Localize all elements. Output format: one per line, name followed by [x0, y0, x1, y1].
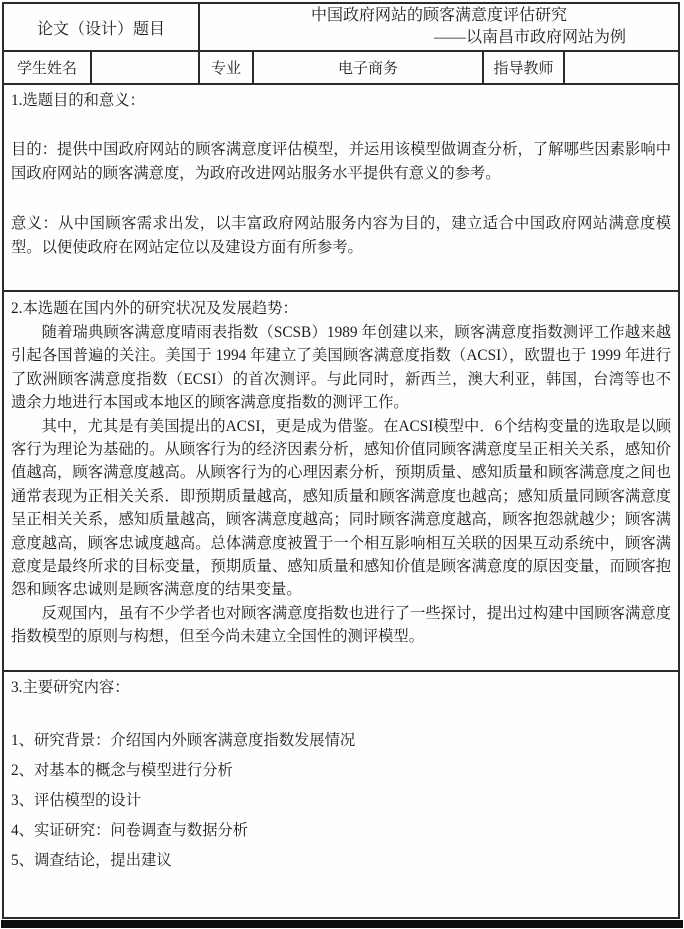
- section-research-content: 3.主要研究内容： 1、研究背景：介绍国内外顾客满意度指数发展情况 2、对基本的…: [4, 672, 678, 917]
- thesis-proposal-form: 论文（设计）题目 中国政府网站的顾客满意度评估研究 ——以南昌市政府网站为例 学…: [2, 2, 680, 919]
- purpose-paragraph: 目的：提供中国政府网站的顾客满意度评估模型，并运用该模型做调查分析，了解哪些因素…: [11, 138, 671, 186]
- list-item: 3、评估模型的设计: [11, 786, 671, 816]
- student-name-label: 学生姓名: [4, 52, 92, 83]
- title-row: 论文（设计）题目 中国政府网站的顾客满意度评估研究 ——以南昌市政府网站为例: [4, 4, 678, 52]
- research-content-list: 1、研究背景：介绍国内外顾客满意度指数发展情况 2、对基本的概念与模型进行分析 …: [11, 726, 671, 876]
- significance-paragraph: 意义：从中国顾客需求出发，以丰富政府网站服务内容为目的，建立适合中国政府网站满意…: [11, 212, 671, 260]
- thesis-title-cell: 中国政府网站的顾客满意度评估研究 ——以南昌市政府网站为例: [200, 4, 678, 50]
- section2-heading: 2.本选题在国内外的研究状况及发展趋势：: [11, 297, 671, 321]
- research-status-paragraph-2: 其中，尤其是有美国提出的ACSI，更是成为借鉴。在ACSI模型中．6个结构变量的…: [11, 415, 671, 602]
- advisor-label: 指导教师: [484, 52, 565, 83]
- page-bottom-scan-edge: [1, 920, 683, 928]
- major-label: 专业: [200, 52, 254, 83]
- info-row: 学生姓名 专业 电子商务 指导教师: [4, 52, 678, 85]
- section-research-status: 2.本选题在国内外的研究状况及发展趋势： 随着瑞典顾客满意度晴雨表指数（SCSB…: [4, 292, 678, 672]
- research-status-paragraph-1: 随着瑞典顾客满意度晴雨表指数（SCSB）1989 年创建以来，顾客满意度指数测评…: [11, 321, 671, 415]
- major-value: 电子商务: [254, 52, 484, 83]
- section1-heading: 1.选题目的和意义：: [11, 89, 671, 113]
- student-name-value: [92, 52, 200, 83]
- thesis-subtitle: ——以南昌市政府网站为例: [200, 27, 678, 49]
- list-item: 2、对基本的概念与模型进行分析: [11, 756, 671, 786]
- advisor-value: [565, 52, 678, 83]
- list-item: 4、实证研究：问卷调查与数据分析: [11, 816, 671, 846]
- research-status-paragraph-3: 反观国内，虽有不少学者也对顾客满意度指数也进行了一些探讨，提出过构建中国顾客满意…: [11, 602, 671, 649]
- list-item: 1、研究背景：介绍国内外顾客满意度指数发展情况: [11, 726, 671, 756]
- section-purpose-significance: 1.选题目的和意义： 目的：提供中国政府网站的顾客满意度评估模型，并运用该模型做…: [4, 85, 678, 292]
- section3-heading: 3.主要研究内容：: [11, 676, 671, 700]
- thesis-title: 中国政府网站的顾客满意度评估研究: [200, 5, 678, 27]
- form-title-label: 论文（设计）题目: [4, 4, 200, 50]
- list-item: 5、调查结论，提出建议: [11, 846, 671, 876]
